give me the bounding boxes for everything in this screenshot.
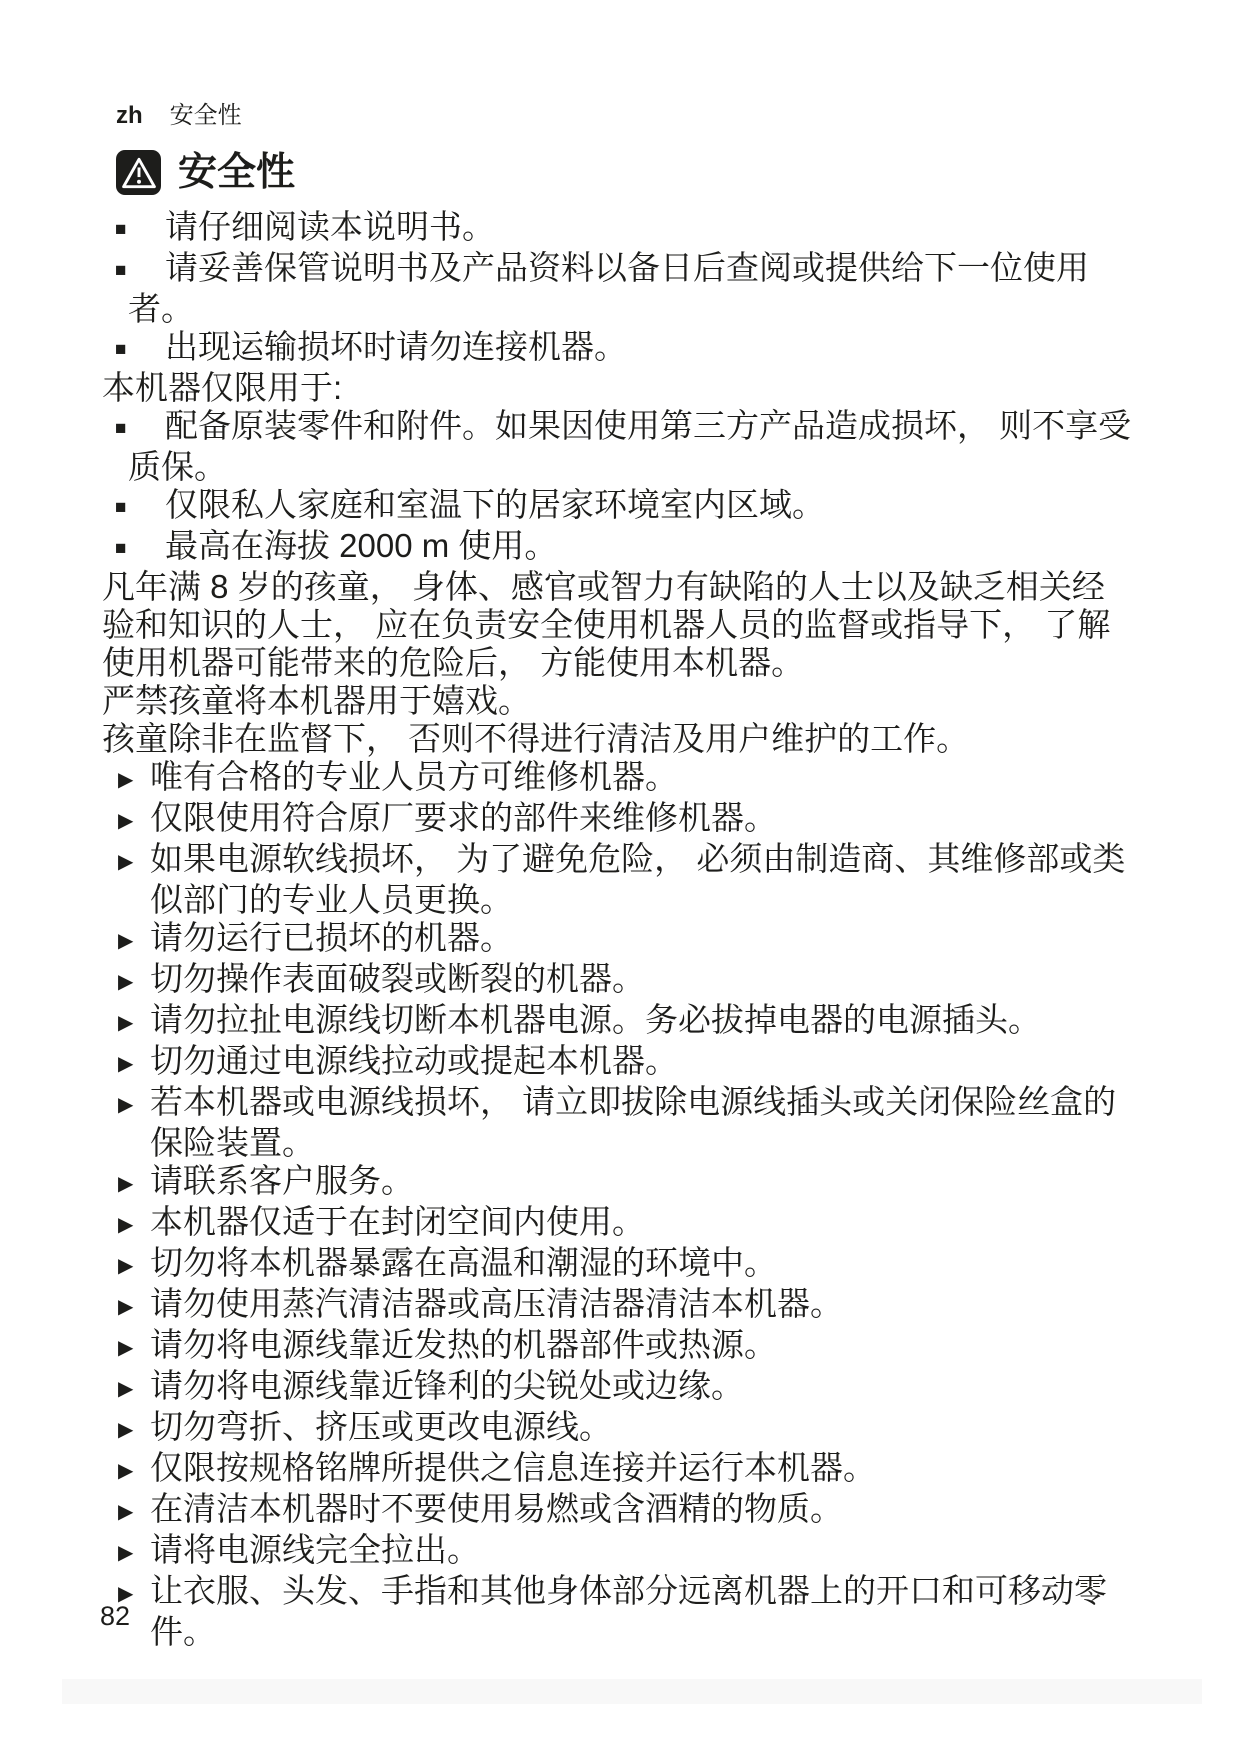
item-text: 让衣服、头发、手指和其他身体部分远离机器上的开口和可移动零件。: [150, 1572, 1107, 1650]
triangle-bullet-icon: ▶: [118, 1493, 150, 1531]
footer-bar: [62, 1679, 1202, 1704]
list-item: ■配备原装零件和附件。如果因使用第三方产品造成损坏， 则不享受质保。: [102, 407, 1132, 486]
item-text: 最高在海拔 2000 m 使用。: [165, 527, 557, 564]
triangle-bullet-icon: ▶: [118, 761, 150, 799]
item-text: 严禁孩童将本机器用于嬉戏。: [102, 682, 531, 719]
triangle-bullet-icon: ▶: [118, 1329, 150, 1367]
triangle-bullet-icon: ▶: [118, 1452, 150, 1490]
paragraph: 严禁孩童将本机器用于嬉戏。: [102, 682, 1132, 720]
list-item: ■仅限私人家庭和室温下的居家环境室内区域。: [102, 486, 1132, 527]
triangle-bullet-icon: ▶: [118, 1045, 150, 1083]
item-text: 请勿将电源线靠近锋利的尖锐处或边缘。: [150, 1367, 744, 1404]
section-heading: 安全性: [116, 150, 295, 195]
list-item: ▶如果电源软线损坏， 为了避免危险， 必须由制造商、其维修部或类似部门的专业人员…: [102, 840, 1132, 919]
item-text: 如果电源软线损坏， 为了避免危险， 必须由制造商、其维修部或类似部门的专业人员更…: [150, 840, 1125, 918]
item-text: 请勿拉扯电源线切断本机器电源。务必拔掉电器的电源插头。: [150, 1001, 1041, 1038]
list-item: ▶切勿通过电源线拉动或提起本机器。: [102, 1042, 1132, 1083]
item-text: 出现运输损坏时请勿连接机器。: [165, 328, 627, 365]
item-text: 唯有合格的专业人员方可维修机器。: [150, 758, 678, 795]
item-text: 请仔细阅读本说明书。: [165, 208, 495, 245]
running-header: zh安全性: [116, 102, 242, 130]
item-text: 请勿使用蒸汽清洁器或高压清洁器清洁本机器。: [150, 1285, 843, 1322]
list-item: ■请仔细阅读本说明书。: [102, 208, 1132, 249]
page-number: 82: [100, 1600, 130, 1632]
list-item: ■出现运输损坏时请勿连接机器。: [102, 328, 1132, 369]
list-item: ▶切勿将本机器暴露在高温和潮湿的环境中。: [102, 1244, 1132, 1285]
item-text: 仅限私人家庭和室温下的居家环境室内区域。: [165, 486, 825, 523]
item-text: 在清洁本机器时不要使用易燃或含酒精的物质。: [150, 1490, 843, 1527]
square-bullet-icon: ■: [115, 410, 165, 448]
warning-triangle-icon: [116, 150, 161, 195]
list-item: ▶唯有合格的专业人员方可维修机器。: [102, 758, 1132, 799]
list-item: ▶请勿拉扯电源线切断本机器电源。务必拔掉电器的电源插头。: [102, 1001, 1132, 1042]
item-text: 请联系客户服务。: [150, 1162, 414, 1199]
item-text: 切勿将本机器暴露在高温和潮湿的环境中。: [150, 1244, 777, 1281]
list-item: ▶仅限使用符合原厂要求的部件来维修机器。: [102, 799, 1132, 840]
list-item: ▶切勿操作表面破裂或断裂的机器。: [102, 960, 1132, 1001]
triangle-bullet-icon: ▶: [118, 1534, 150, 1572]
triangle-bullet-icon: ▶: [118, 1370, 150, 1408]
triangle-bullet-icon: ▶: [118, 922, 150, 960]
square-bullet-icon: ■: [115, 530, 165, 568]
list-item: ▶本机器仅适于在封闭空间内使用。: [102, 1203, 1132, 1244]
item-text: 切勿操作表面破裂或断裂的机器。: [150, 960, 645, 997]
square-bullet-icon: ■: [115, 252, 165, 290]
square-bullet-icon: ■: [115, 211, 165, 249]
triangle-bullet-icon: ▶: [118, 1004, 150, 1042]
item-text: 请勿将电源线靠近发热的机器部件或热源。: [150, 1326, 777, 1363]
item-text: 凡年满 8 岁的孩童， 身体、感官或智力有缺陷的人士以及缺乏相关经验和知识的人士…: [102, 568, 1110, 681]
square-bullet-icon: ■: [115, 489, 165, 527]
list-item: ▶请勿将电源线靠近发热的机器部件或热源。: [102, 1326, 1132, 1367]
manual-page: zh安全性 安全性 ■请仔细阅读本说明书。■请妥善保管说明书及产品资料以备日后查…: [0, 0, 1241, 1754]
list-item: ▶切勿弯折、挤压或更改电源线。: [102, 1408, 1132, 1449]
item-text: 请妥善保管说明书及产品资料以备日后查阅或提供给下一位使用者。: [128, 249, 1089, 327]
triangle-bullet-icon: ▶: [118, 1086, 150, 1124]
triangle-bullet-icon: ▶: [118, 1206, 150, 1244]
triangle-bullet-icon: ▶: [118, 1247, 150, 1285]
list-item: ▶请勿运行已损坏的机器。: [102, 919, 1132, 960]
item-text: 请将电源线完全拉出。: [150, 1531, 480, 1568]
list-item: ■请妥善保管说明书及产品资料以备日后查阅或提供给下一位使用者。: [102, 249, 1132, 328]
item-text: 切勿通过电源线拉动或提起本机器。: [150, 1042, 678, 1079]
item-text: 孩童除非在监督下， 否则不得进行清洁及用户维护的工作。: [102, 720, 969, 757]
list-item: ▶请联系客户服务。: [102, 1162, 1132, 1203]
item-text: 切勿弯折、挤压或更改电源线。: [150, 1408, 612, 1445]
item-text: 仅限使用符合原厂要求的部件来维修机器。: [150, 799, 777, 836]
running-header-section-title: 安全性: [170, 102, 242, 129]
list-item: ▶在清洁本机器时不要使用易燃或含酒精的物质。: [102, 1490, 1132, 1531]
list-item: ▶请勿将电源线靠近锋利的尖锐处或边缘。: [102, 1367, 1132, 1408]
item-text: 配备原装零件和附件。如果因使用第三方产品造成损坏， 则不享受质保。: [128, 407, 1131, 485]
square-bullet-icon: ■: [115, 331, 165, 369]
triangle-bullet-icon: ▶: [118, 1165, 150, 1203]
list-item: ▶让衣服、头发、手指和其他身体部分远离机器上的开口和可移动零件。: [102, 1572, 1132, 1651]
triangle-bullet-icon: ▶: [118, 963, 150, 1001]
item-text: 若本机器或电源线损坏， 请立即拔除电源线插头或关闭保险丝盒的保险装置。: [150, 1083, 1116, 1161]
triangle-bullet-icon: ▶: [118, 1411, 150, 1449]
safety-instructions-list: ■请仔细阅读本说明书。■请妥善保管说明书及产品资料以备日后查阅或提供给下一位使用…: [102, 208, 1132, 1651]
list-item: ▶若本机器或电源线损坏， 请立即拔除电源线插头或关闭保险丝盒的保险装置。: [102, 1083, 1132, 1162]
item-text: 请勿运行已损坏的机器。: [150, 919, 513, 956]
language-code: zh: [116, 102, 143, 129]
item-text: 本机器仅适于在封闭空间内使用。: [150, 1203, 645, 1240]
paragraph: 凡年满 8 岁的孩童， 身体、感官或智力有缺陷的人士以及缺乏相关经验和知识的人士…: [102, 568, 1132, 682]
item-text: 仅限按规格铭牌所提供之信息连接并运行本机器。: [150, 1449, 876, 1486]
triangle-bullet-icon: ▶: [118, 802, 150, 840]
paragraph: 孩童除非在监督下， 否则不得进行清洁及用户维护的工作。: [102, 720, 1132, 758]
item-text: 本机器仅限用于:: [102, 369, 342, 406]
paragraph: 本机器仅限用于:: [102, 369, 1132, 407]
list-item: ▶请将电源线完全拉出。: [102, 1531, 1132, 1572]
list-item: ■最高在海拔 2000 m 使用。: [102, 527, 1132, 568]
list-item: ▶请勿使用蒸汽清洁器或高压清洁器清洁本机器。: [102, 1285, 1132, 1326]
section-heading-text: 安全性: [178, 150, 295, 195]
list-item: ▶仅限按规格铭牌所提供之信息连接并运行本机器。: [102, 1449, 1132, 1490]
triangle-bullet-icon: ▶: [118, 843, 150, 881]
triangle-bullet-icon: ▶: [118, 1288, 150, 1326]
